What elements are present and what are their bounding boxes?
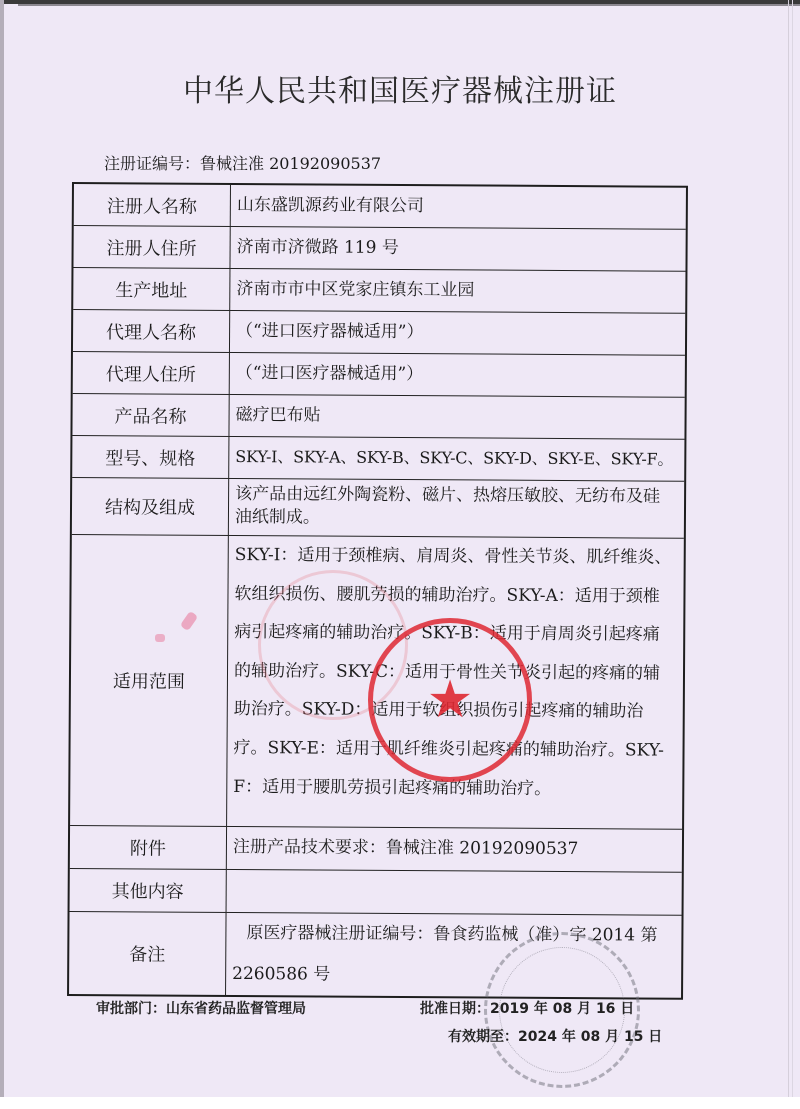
row-label: 注册人住所 [73, 226, 230, 268]
row-value: 注册产品技术要求：鲁械注准 20192090537 [227, 827, 682, 872]
scan-top-edge-light [18, 4, 800, 6]
row-label: 其他内容 [70, 869, 227, 912]
table-row-remarks: 备注 原医疗器械注册证编号：鲁食药监械（准）字 2014 第 2260586 号 [69, 911, 681, 998]
certificate-number: 注册证编号：鲁械注准 20192090537 [104, 151, 381, 174]
row-label: 注册人名称 [74, 184, 231, 226]
row-value: SKY-I：适用于颈椎病、肩周炎、骨性关节炎、肌纤维炎、软组织损伤、腰肌劳损的辅… [227, 536, 684, 829]
table-row-registrant-name: 注册人名称 山东盛凯源药业有限公司 [74, 184, 686, 229]
table-row-model-spec: 型号、规格 SKY-I、SKY-A、SKY-B、SKY-C、SKY-D、SKY-… [72, 435, 684, 481]
document-title: 中华人民共和国医疗器械注册证 [0, 66, 800, 110]
table-row-structure: 结构及组成 该产品由远红外陶瓷粉、磁片、热熔压敏胶、无纺布及硅油纸制成。 [72, 477, 684, 538]
row-label: 型号、规格 [72, 436, 229, 478]
row-value [227, 870, 682, 915]
row-value: 济南市市中区党家庄镇东工业园 [230, 269, 685, 313]
table-row-other: 其他内容 [70, 868, 682, 915]
row-label: 生产地址 [73, 268, 230, 310]
row-value: 济南市济微路 119 号 [230, 227, 685, 271]
row-label: 备注 [69, 912, 226, 995]
row-value: （“进口医疗器械适用”） [230, 311, 685, 355]
row-value: 原医疗器械注册证编号：鲁食药监械（准）字 2014 第 2260586 号 [226, 913, 681, 998]
scan-right-edge-2 [792, 0, 793, 1097]
approval-department: 审批部门：山东省药品监督管理局 [96, 998, 306, 1018]
approval-date: 批准日期：2019 年 08 月 16 日 [420, 998, 634, 1018]
table-row-scope: 适用范围 SKY-I：适用于颈椎病、肩周炎、骨性关节炎、肌纤维炎、软组织损伤、腰… [70, 534, 684, 829]
row-label: 产品名称 [72, 394, 229, 436]
remark-line-1: 原医疗器械注册证编号：鲁食药监械（准）字 2014 第 [232, 925, 657, 945]
scan-right-edge [788, 0, 789, 1097]
row-value: SKY-I、SKY-A、SKY-B、SKY-C、SKY-D、SKY-E、SKY-… [229, 437, 684, 481]
row-label: 结构及组成 [72, 478, 229, 535]
row-label: 代理人住所 [73, 352, 230, 394]
table-row-production-address: 生产地址 济南市市中区党家庄镇东工业园 [73, 267, 685, 313]
row-label: 代理人名称 [73, 310, 230, 352]
table-row-attachment: 附件 注册产品技术要求：鲁械注准 20192090537 [70, 825, 682, 872]
row-label: 附件 [70, 826, 227, 869]
certificate-page: 中华人民共和国医疗器械注册证 注册证编号：鲁械注准 20192090537 注册… [0, 0, 800, 1097]
table-row-registrant-address: 注册人住所 济南市济微路 119 号 [73, 225, 685, 271]
valid-until-date: 有效期至：2024 年 08 月 15 日 [448, 1026, 662, 1046]
remark-line-2: 2260586 号 [232, 966, 330, 984]
table-row-agent-name: 代理人名称 （“进口医疗器械适用”） [73, 309, 685, 355]
row-value: （“进口医疗器械适用”） [230, 353, 685, 397]
row-value: 该产品由远红外陶瓷粉、磁片、热熔压敏胶、无纺布及硅油纸制成。 [229, 479, 684, 538]
ink-smudge [155, 634, 165, 642]
row-value: 磁疗巴布贴 [229, 395, 684, 439]
table-row-agent-address: 代理人住所 （“进口医疗器械适用”） [73, 351, 685, 397]
row-label: 适用范围 [70, 535, 229, 826]
table-row-product-name: 产品名称 磁疗巴布贴 [72, 393, 684, 439]
row-value: 山东盛凯源药业有限公司 [231, 185, 686, 229]
registration-table: 注册人名称 山东盛凯源药业有限公司 注册人住所 济南市济微路 119 号 生产地… [67, 182, 688, 1000]
scan-left-edge [0, 0, 4, 1097]
